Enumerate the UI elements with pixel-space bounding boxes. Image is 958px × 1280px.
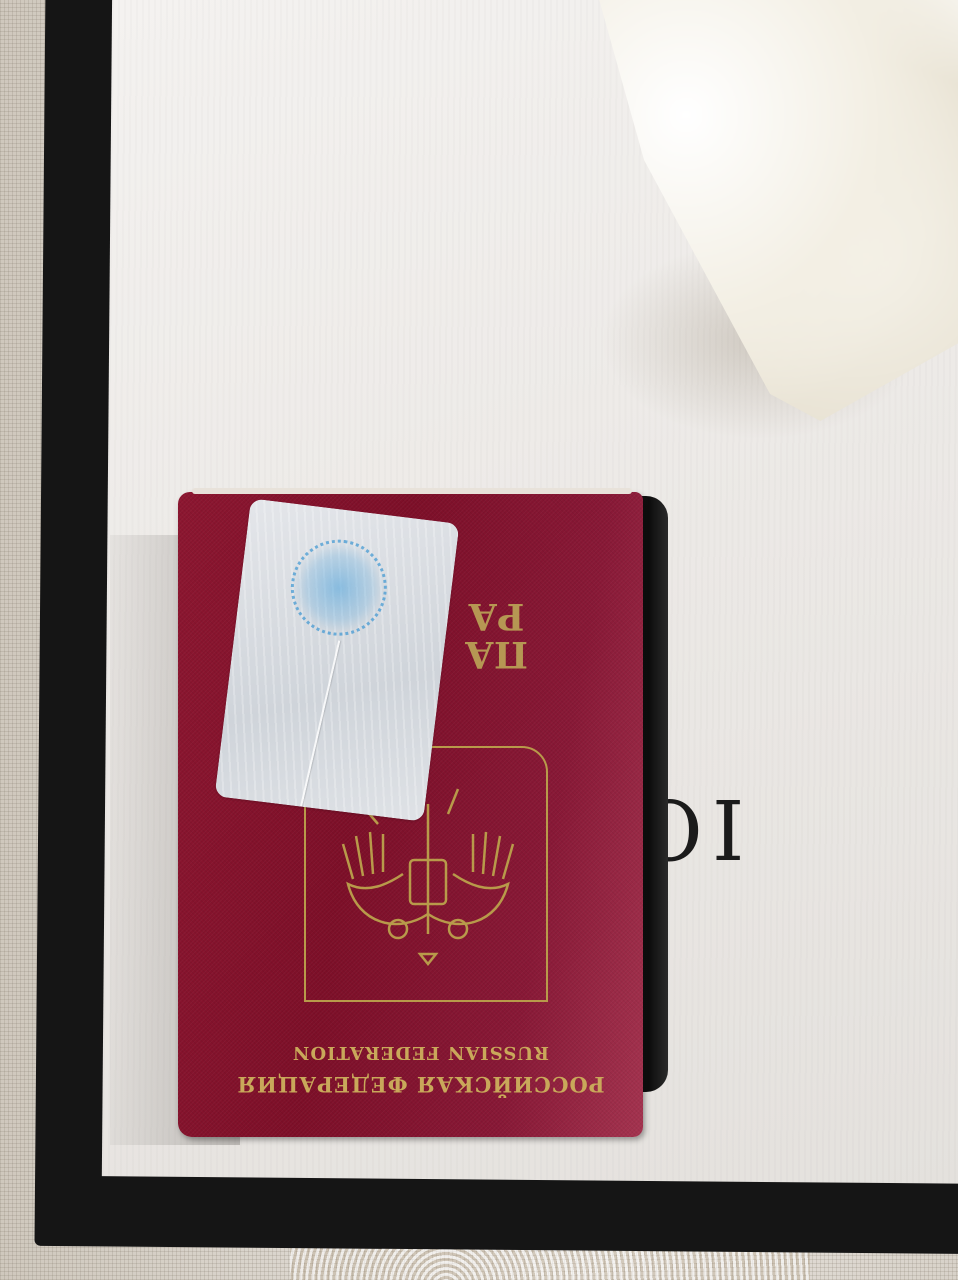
sticker-crease — [300, 640, 340, 806]
passport-page-edge — [192, 488, 632, 494]
passport-word-partial: ПА РА — [468, 597, 528, 673]
lace-pattern — [290, 1248, 810, 1280]
passport-title-english: RUSSIAN FEDERATION — [188, 1042, 653, 1063]
passport-word-line2: РА — [468, 597, 528, 635]
passport-word-line1: ПА — [468, 635, 528, 673]
brand-letter-i: I — [712, 780, 744, 875]
blue-stamp — [285, 534, 392, 641]
sticker — [215, 498, 460, 821]
passport-title-russian: РОССИЙСКАЯ ФЕДЕРАЦИЯ — [188, 1072, 653, 1097]
